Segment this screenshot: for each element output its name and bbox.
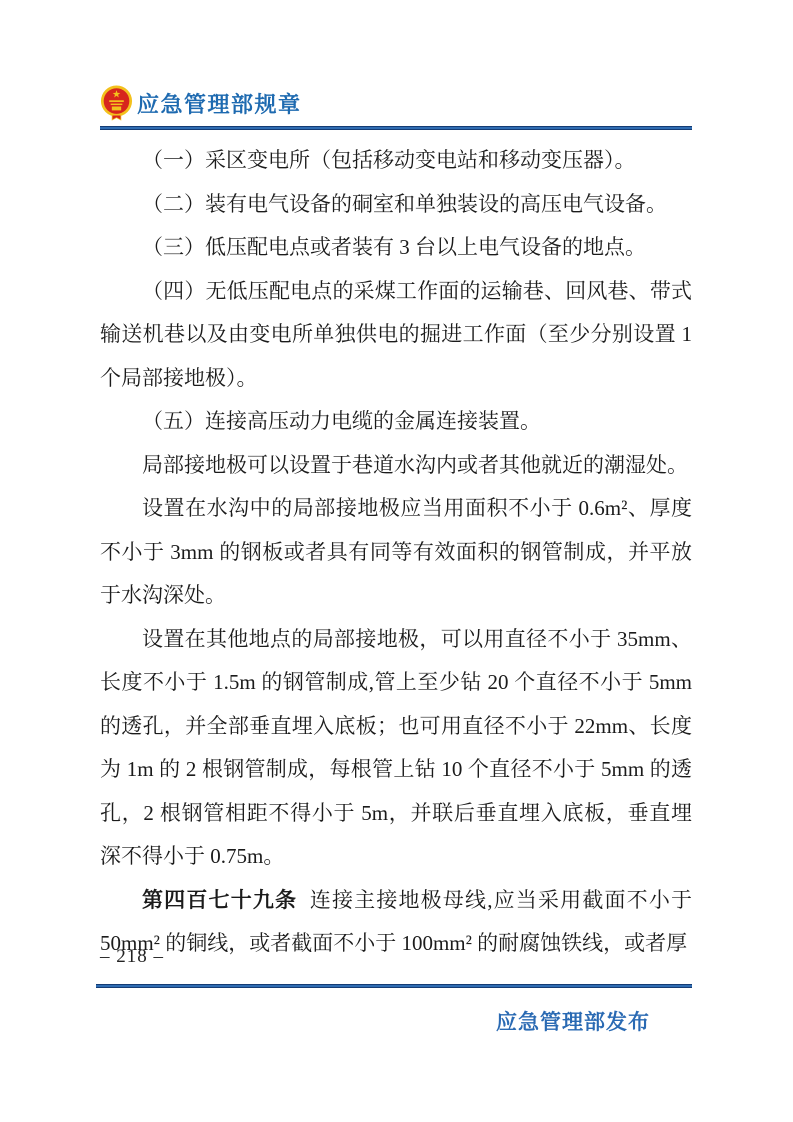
article-paragraph: 第四百七十九条连接主接地极母线,应当采用截面不小于 50mm² 的铜线，或者截面… <box>100 879 692 966</box>
body-paragraph: （一）采区变电所（包括移动变电站和移动变压器）。 <box>100 139 692 183</box>
article-number: 第四百七十九条 <box>142 888 297 912</box>
document-category-title: 应急管理部规章 <box>137 88 302 119</box>
header-rule <box>100 126 692 130</box>
page-header: 应急管理部规章 <box>99 84 302 122</box>
page-number: – 218 – <box>100 946 164 968</box>
document-body: （一）采区变电所（包括移动变电站和移动变压器）。 （二）装有电气设备的硐室和单独… <box>100 139 692 966</box>
body-paragraph: 设置在其他地点的局部接地极，可以用直径不小于 35mm、长度不小于 1.5m 的… <box>100 618 692 879</box>
document-page: 应急管理部规章 （一）采区变电所（包括移动变电站和移动变压器）。 （二）装有电气… <box>0 0 793 1122</box>
body-paragraph: （五）连接高压动力电缆的金属连接装置。 <box>100 400 692 444</box>
body-paragraph: 设置在水沟中的局部接地极应当用面积不小于 0.6m²、厚度不小于 3mm 的钢板… <box>100 487 692 618</box>
publisher-label: 应急管理部发布 <box>496 1006 650 1036</box>
footer-rule <box>96 984 692 988</box>
body-paragraph: （四）无低压配电点的采煤工作面的运输巷、回风巷、带式输送机巷以及由变电所单独供电… <box>100 270 692 401</box>
national-emblem-icon <box>99 84 134 122</box>
body-paragraph: （二）装有电气设备的硐室和单独装设的高压电气设备。 <box>100 183 692 227</box>
body-paragraph: 局部接地极可以设置于巷道水沟内或者其他就近的潮湿处。 <box>100 444 692 488</box>
body-paragraph: （三）低压配电点或者装有 3 台以上电气设备的地点。 <box>100 226 692 270</box>
